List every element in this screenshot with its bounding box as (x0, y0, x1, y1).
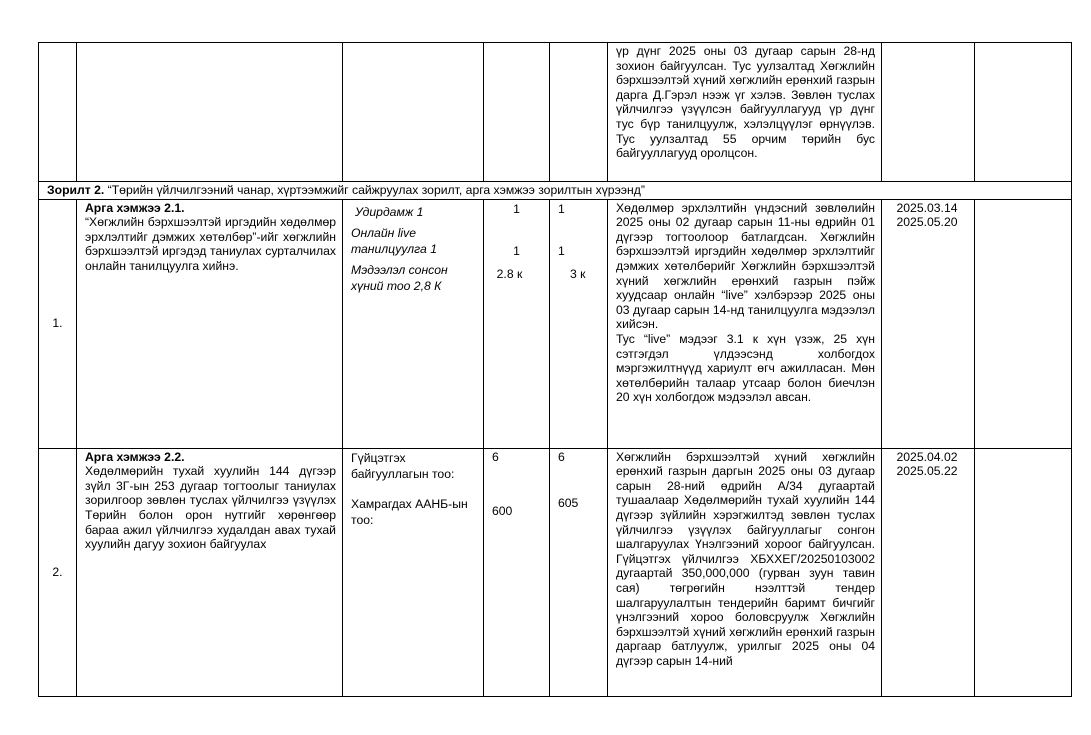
report-table: үр дүнг 2025 оны 03 дугаар сарын 28-нд з… (38, 42, 1072, 697)
date-start: 2025.04.02 (886, 450, 968, 465)
cell-actual: 6 605 (550, 448, 608, 696)
cell-result: Хөдөлмөр эрхлэлтийн үндэсний зөвлөлийн 2… (608, 199, 882, 448)
result-paragraph: Хөдөлмөр эрхлэлтийн үндэсний зөвлөлийн 2… (616, 201, 875, 332)
cell-target (484, 43, 550, 182)
measure-text: “Хөгжлийн бэрхшээлтэй иргэдийн хөдөлмөр … (85, 215, 336, 273)
cell-measure: Арга хэмжээ 2.1. “Хөгжлийн бэрхшээлтэй и… (77, 199, 343, 448)
cell-actual: 1 1 3 к (550, 199, 608, 448)
actual-value: 6 (558, 450, 601, 465)
cell-result: Хөгжлийн бэрхшээлтэй хүний хөгжлийн ерөн… (608, 448, 882, 696)
target-value: 1 (484, 202, 549, 217)
cell-note (975, 43, 1072, 182)
cell-actual (550, 43, 608, 182)
table-row: 2. Арга хэмжээ 2.2. Хөдөлмөрийн тухай ху… (39, 448, 1072, 696)
target-value: 1 (484, 244, 549, 259)
indicator-item: Гүйцэтгэх байгууллагын тоо: (351, 450, 477, 482)
cell-number (39, 43, 77, 182)
continued-row: үр дүнг 2025 оны 03 дугаар сарын 28-нд з… (39, 43, 1072, 182)
cell-note (975, 199, 1072, 448)
cell-dates: 2025.03.14 2025.05.20 (882, 199, 975, 448)
result-paragraph: Хөгжлийн бэрхшээлтэй хүний хөгжлийн ерөн… (616, 450, 875, 669)
cell-result: үр дүнг 2025 оны 03 дугаар сарын 28-нд з… (608, 43, 882, 182)
date-start: 2025.03.14 (886, 201, 968, 216)
actual-value: 3 к (558, 267, 607, 282)
actual-value: 605 (558, 496, 601, 511)
measure-text: Хөдөлмөрийн тухай хуулийн 144 дүгээр зүй… (85, 464, 336, 552)
target-value: 6 (492, 450, 543, 465)
date-end: 2025.05.22 (886, 464, 968, 479)
cell-measure: Арга хэмжээ 2.2. Хөдөлмөрийн тухай хуули… (77, 448, 343, 696)
date-end: 2025.05.20 (886, 215, 968, 230)
indicator-item: Удирдамж 1 (351, 204, 477, 220)
cell-target: 1 1 2.8 к (484, 199, 550, 448)
cell-indicator: Гүйцэтгэх байгууллагын тоо: Хамрагдах АА… (343, 448, 484, 696)
target-value: 600 (492, 504, 543, 519)
actual-value: 1 (558, 244, 607, 259)
indicator-item: Онлайн live танилцуулга 1 (351, 225, 477, 257)
indicator-item: Хамрагдах ААНБ-ын тоо: (351, 496, 477, 528)
table-row: 1. Арга хэмжээ 2.1. “Хөгжлийн бэрхшээлтэ… (39, 199, 1072, 448)
measure-title: Арга хэмжээ 2.2. (85, 450, 336, 465)
measure-title: Арга хэмжээ 2.1. (85, 201, 336, 216)
goal-row: Зорилт 2. “Төрийн үйлчилгээний чанар, хү… (39, 182, 1072, 200)
target-value: 2.8 к (484, 267, 549, 282)
cell-dates (882, 43, 975, 182)
row-number: 1. (39, 199, 77, 448)
indicator-item: Мэдээлэл сонсон хүний тоо 2,8 К (351, 262, 477, 294)
cell-indicator: Удирдамж 1 Онлайн live танилцуулга 1 Мэд… (343, 199, 484, 448)
result-paragraph: Тус “live” мэдээг 3.1 к хүн үзэж, 25 хүн… (616, 332, 875, 405)
actual-value: 1 (558, 202, 607, 217)
cell-indicator (343, 43, 484, 182)
goal-text: “Төрийн үйлчилгээний чанар, хүртээмжийг … (104, 183, 645, 197)
cell-note (975, 448, 1072, 696)
goal-cell: Зорилт 2. “Төрийн үйлчилгээний чанар, хү… (39, 182, 1072, 200)
cell-dates: 2025.04.02 2025.05.22 (882, 448, 975, 696)
goal-label: Зорилт 2. (47, 183, 104, 197)
cell-target: 6 600 (484, 448, 550, 696)
row-number: 2. (39, 448, 77, 696)
cell-measure (77, 43, 343, 182)
